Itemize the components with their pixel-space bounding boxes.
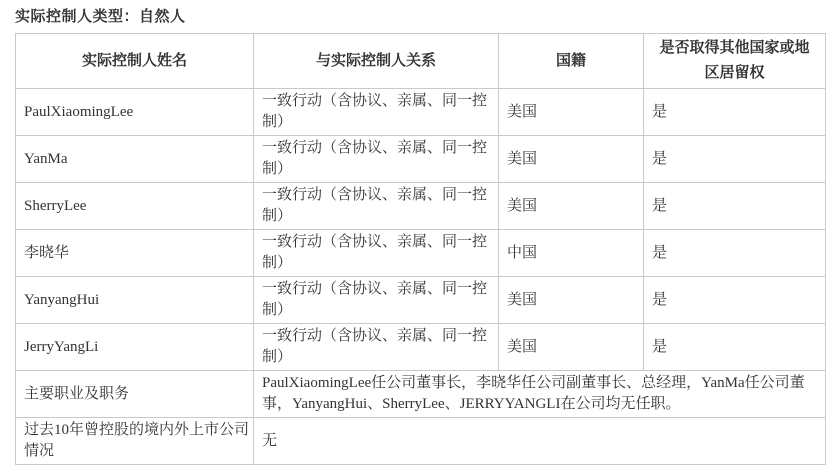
cell-relation: 一致行动（含协议、亲属、同一控制）	[254, 183, 499, 230]
controllers-table: 实际控制人姓名 与实际控制人关系 国籍 是否取得其他国家或地区居留权 PaulX…	[15, 33, 826, 465]
past-listed-companies-row: 过去10年曾控股的境内外上市公司情况 无	[16, 418, 826, 465]
cell-nationality: 美国	[499, 277, 644, 324]
cell-nationality: 美国	[499, 324, 644, 371]
cell-controller-name: SherryLee	[16, 183, 254, 230]
cell-residency: 是	[644, 277, 826, 324]
occupation-value: PaulXiaomingLee任公司董事长，李晓华任公司副董事长、总经理，Yan…	[254, 371, 826, 418]
table-row: PaulXiaomingLee 一致行动（含协议、亲属、同一控制） 美国 是	[16, 89, 826, 136]
cell-residency: 是	[644, 324, 826, 371]
cell-nationality: 美国	[499, 89, 644, 136]
cell-nationality: 美国	[499, 136, 644, 183]
header-nationality: 国籍	[499, 34, 644, 89]
table-row: YanyangHui 一致行动（含协议、亲属、同一控制） 美国 是	[16, 277, 826, 324]
header-controller-name: 实际控制人姓名	[16, 34, 254, 89]
occupation-label: 主要职业及职务	[16, 371, 254, 418]
cell-nationality: 中国	[499, 230, 644, 277]
table-header: 实际控制人姓名 与实际控制人关系 国籍 是否取得其他国家或地区居留权	[16, 34, 826, 89]
past-listed-companies-value: 无	[254, 418, 826, 465]
table-row: 李晓华 一致行动（含协议、亲属、同一控制） 中国 是	[16, 230, 826, 277]
cell-residency: 是	[644, 136, 826, 183]
table-row: SherryLee 一致行动（含协议、亲属、同一控制） 美国 是	[16, 183, 826, 230]
cell-relation: 一致行动（含协议、亲属、同一控制）	[254, 89, 499, 136]
header-relation: 与实际控制人关系	[254, 34, 499, 89]
cell-controller-name: YanyangHui	[16, 277, 254, 324]
page-title: 实际控制人类型：自然人	[15, 5, 186, 26]
past-listed-companies-label: 过去10年曾控股的境内外上市公司情况	[16, 418, 254, 465]
header-row: 实际控制人姓名 与实际控制人关系 国籍 是否取得其他国家或地区居留权	[16, 34, 826, 89]
document-page: 实际控制人类型：自然人 实际控制人姓名 与实际控制人关系 国籍 是否取得其他国家…	[0, 0, 839, 472]
cell-relation: 一致行动（含协议、亲属、同一控制）	[254, 277, 499, 324]
cell-residency: 是	[644, 183, 826, 230]
cell-controller-name: PaulXiaomingLee	[16, 89, 254, 136]
occupation-row: 主要职业及职务 PaulXiaomingLee任公司董事长，李晓华任公司副董事长…	[16, 371, 826, 418]
cell-controller-name: YanMa	[16, 136, 254, 183]
cell-relation: 一致行动（含协议、亲属、同一控制）	[254, 324, 499, 371]
cell-nationality: 美国	[499, 183, 644, 230]
header-residency: 是否取得其他国家或地区居留权	[644, 34, 826, 89]
cell-relation: 一致行动（含协议、亲属、同一控制）	[254, 136, 499, 183]
cell-controller-name: 李晓华	[16, 230, 254, 277]
table-row: JerryYangLi 一致行动（含协议、亲属、同一控制） 美国 是	[16, 324, 826, 371]
cell-residency: 是	[644, 89, 826, 136]
cell-relation: 一致行动（含协议、亲属、同一控制）	[254, 230, 499, 277]
cell-controller-name: JerryYangLi	[16, 324, 254, 371]
cell-residency: 是	[644, 230, 826, 277]
table-row: YanMa 一致行动（含协议、亲属、同一控制） 美国 是	[16, 136, 826, 183]
table-body: PaulXiaomingLee 一致行动（含协议、亲属、同一控制） 美国 是 Y…	[16, 89, 826, 465]
